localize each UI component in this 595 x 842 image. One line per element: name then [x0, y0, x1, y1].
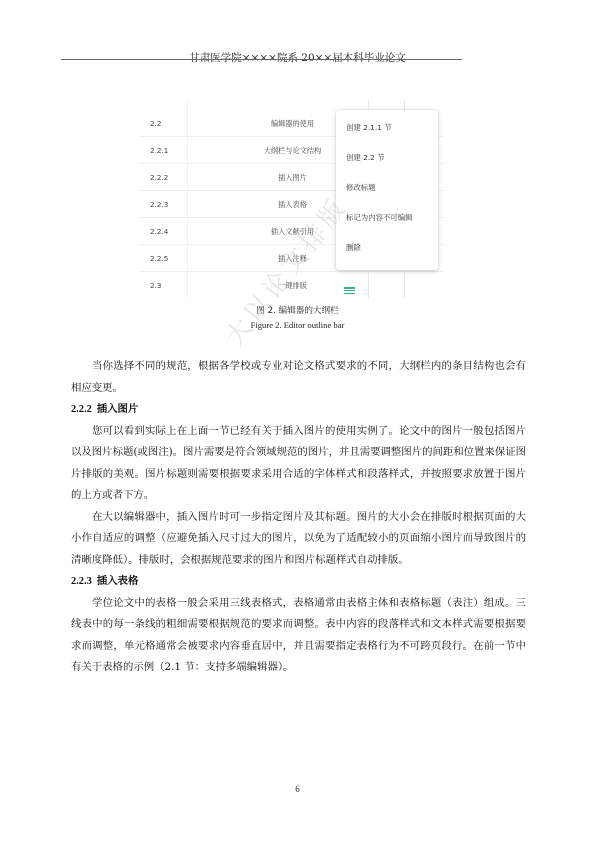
editor-outline-figure: 2.2 编辑器的使用 2.2.1 大纲栏与论文结构 2.2.2 插入图片 2.2…	[140, 100, 458, 298]
figure-caption-en: Figure 2. Editor outline bar	[0, 320, 595, 330]
paragraph: 当你选择不同的规范，根据各学校或专业对论文格式要求的不同，大纲栏内的条目结构也会…	[71, 356, 526, 399]
running-header: 甘肃医学院××××院系 20××届本科毕业论文	[0, 50, 595, 65]
outline-item-number: 2.2.5	[150, 254, 168, 263]
section-title: 插入图片	[97, 403, 139, 415]
outline-item-number: 2.3	[150, 281, 161, 290]
section-number: 2.2.3	[71, 576, 92, 587]
outline-item-number: 2.2	[150, 119, 161, 128]
outline-item-number: 2.2.3	[150, 200, 168, 209]
menu-item-rename-title[interactable]: 修改标题	[336, 173, 438, 203]
outline-item-title: 一键排版	[180, 281, 405, 291]
header-rule	[61, 59, 462, 60]
paragraph: 学位论文中的表格一般会采用三线表格式，表格通常由表格主体和表格标题（表注）组成。…	[71, 593, 526, 679]
outline-item-number: 2.2.1	[150, 146, 168, 155]
paragraph: 在大以编辑器中，插入图片时可一步指定图片及其标题。图片的大小会在排版时根据页面的…	[71, 507, 526, 572]
outline-item-number: 2.2.4	[150, 227, 168, 236]
paragraph: 您可以看到实际上在上面一节已经有关于插入图片的使用实例了。论文中的图片一般包括图…	[71, 421, 526, 507]
menu-item-mark-readonly[interactable]: 标记为内容不可编辑	[336, 203, 438, 233]
menu-item-create-2-2[interactable]: 创建 2.2 节	[336, 143, 438, 173]
page-number: 6	[0, 784, 595, 794]
section-heading-2-2-3: 2.2.3插入表格	[71, 571, 526, 593]
list-icon[interactable]	[344, 287, 355, 295]
section-title: 插入表格	[97, 575, 139, 587]
body-text: 当你选择不同的规范，根据各学校或专业对论文格式要求的不同，大纲栏内的条目结构也会…	[71, 356, 526, 679]
menu-item-delete[interactable]: 删除	[336, 233, 438, 263]
outline-item[interactable]: 2.3 一键排版	[140, 272, 445, 298]
context-menu: 创建 2.1.1 节 创建 2.2 节 修改标题 标记为内容不可编辑 删除	[336, 110, 438, 270]
section-heading-2-2-2: 2.2.2插入图片	[71, 399, 526, 421]
section-number: 2.2.2	[71, 404, 92, 415]
menu-item-create-2-1-1[interactable]: 创建 2.1.1 节	[336, 113, 438, 143]
figure-caption-cn: 图 2. 编辑器的大纲栏	[0, 304, 595, 316]
outline-item-number: 2.2.2	[150, 173, 168, 182]
